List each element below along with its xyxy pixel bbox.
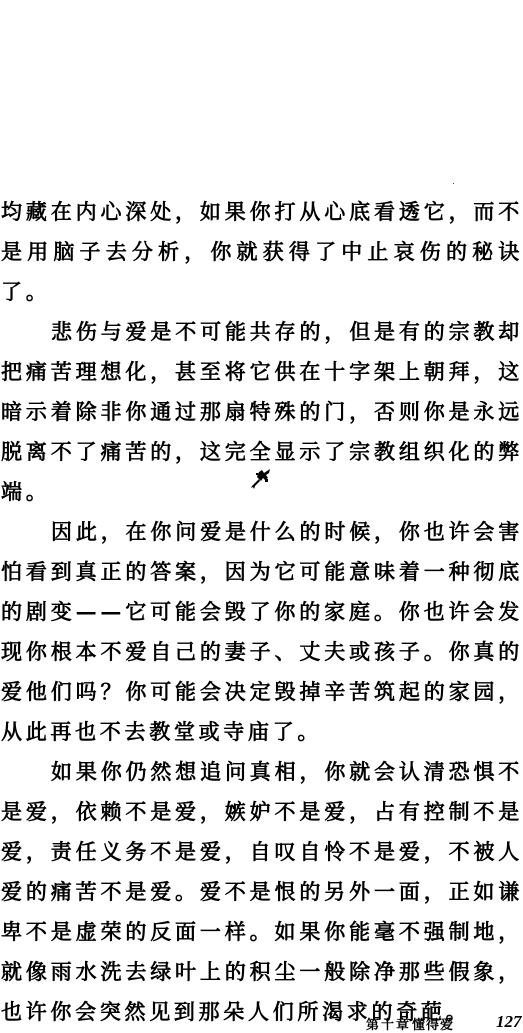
text-section-2: 因此，在你问爱是什么的时候，你也许会害怕看到真正的答案，因为它可能意味着一种彻底…	[1, 512, 523, 1032]
page-number: 127	[496, 1012, 522, 1032]
book-page: 均藏在内心深处，如果你打从心底看透它，而不是用脑子去分析，你就获得了中止哀伤的秘…	[0, 0, 523, 1033]
page-footer: 第十章 懂得爱 127	[0, 1012, 523, 1032]
scan-speck	[453, 183, 454, 184]
flower-ornament-icon	[246, 462, 276, 492]
paragraph-continued: 均藏在内心深处，如果你打从心底看透它，而不是用脑子去分析，你就获得了中止哀伤的秘…	[1, 192, 523, 312]
footer-chapter-title: 懂得爱	[412, 1014, 454, 1033]
footer-chapter-label: 第十章	[366, 1014, 411, 1033]
paragraph: 如果你仍然想追问真相，你就会认清恐惧不是爱，依赖不是爱，嫉妒不是爱，占有控制不是…	[1, 752, 523, 1032]
paragraph: 因此，在你问爱是什么的时候，你也许会害怕看到真正的答案，因为它可能意味着一种彻底…	[1, 512, 523, 752]
